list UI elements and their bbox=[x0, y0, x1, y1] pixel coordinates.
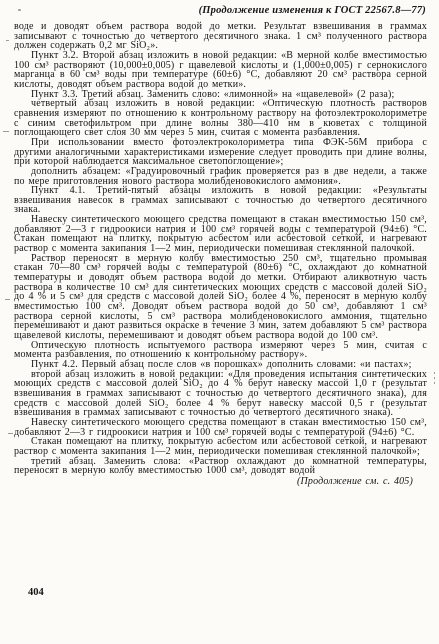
document-page: (Продолжение изменения к ГОСТ 22567.8—77… bbox=[0, 0, 439, 644]
paragraph: Стакан помещают на плитку, покрытую асбе… bbox=[14, 437, 427, 456]
paragraph: дополнить абзацем: «Градуировочный графи… bbox=[14, 167, 427, 186]
document-body: воде и доводят объем раствора водой до м… bbox=[14, 22, 427, 487]
scan-artifact bbox=[6, 40, 9, 41]
scan-artifact bbox=[434, 377, 435, 379]
scan-artifact bbox=[434, 372, 435, 374]
paragraph: четвертый абзац изложить в новой редакци… bbox=[14, 99, 427, 138]
paragraph: Навеску синтетического моющего средства … bbox=[14, 418, 427, 437]
paragraph: воде и доводят объем раствора водой до м… bbox=[14, 22, 427, 51]
paragraph: Пункт 4.1. Третий-пятый абзацы изложить … bbox=[14, 186, 427, 215]
continuation-header-note: (Продолжение изменения к ГОСТ 22567.8—77… bbox=[199, 5, 426, 16]
scan-artifact bbox=[3, 131, 9, 132]
paragraph: Оптическую плотность испытуемого раствор… bbox=[14, 341, 427, 360]
paragraph: Пункт 3.2. Второй абзац изложить в новой… bbox=[14, 51, 427, 90]
paragraph: второй абзац изложить в новой редакции: … bbox=[14, 370, 427, 418]
continuation-footer-note: (Продолжение см. с. 405) bbox=[14, 477, 427, 487]
scan-artifact bbox=[18, 9, 21, 11]
paragraph: При использовании вместо фотоэлектроколо… bbox=[14, 138, 427, 167]
scan-artifact bbox=[434, 382, 435, 384]
paragraph: Навеску синтетического моющего средства … bbox=[14, 215, 427, 254]
paragraph: третий абзац. Заменить слова: «Раствор о… bbox=[14, 457, 427, 476]
page-number: 404 bbox=[28, 587, 44, 598]
scan-artifact bbox=[5, 299, 10, 300]
scan-artifact bbox=[8, 433, 13, 434]
paragraph: Раствор переносят в мерную колбу вместим… bbox=[14, 254, 427, 341]
